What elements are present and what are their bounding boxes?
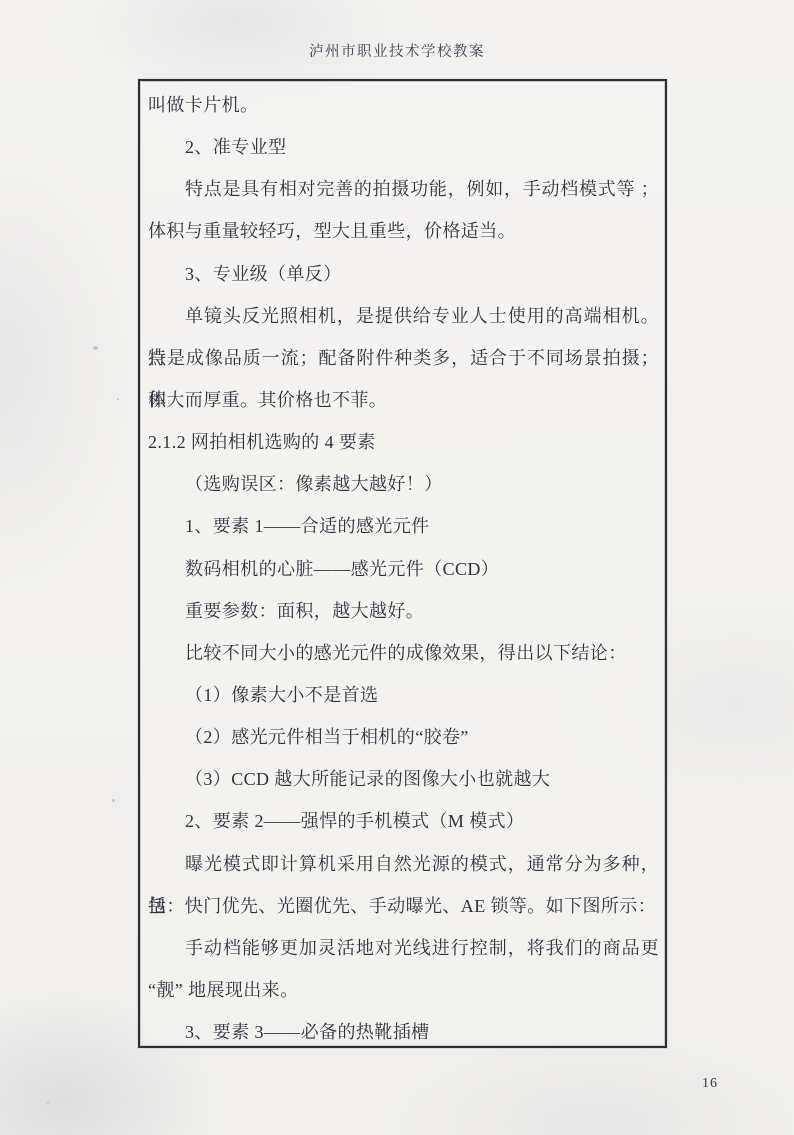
text-line: 手动档能够更加灵活地对光线进行控制，将我们的商品更 [148, 927, 659, 969]
scan-speck [112, 799, 115, 802]
text-line: 点是成像品质一流；配备附件种类多，适合于不同场景拍摄；体 [148, 337, 659, 379]
scan-speck [117, 398, 119, 400]
text-line: 叫做卡片机。 [148, 84, 659, 126]
text-line: （3）CCD 越大所能记录的图像大小也就越大 [148, 758, 659, 800]
page-number: 16 [702, 1076, 718, 1092]
text-line: 2、要素 2——强悍的手机模式（M 模式） [148, 800, 659, 842]
text-line: （2）感光元件相当于相机的“胶卷” [148, 716, 659, 758]
text-line: 2、准专业型 [148, 126, 659, 168]
scan-speck [93, 346, 98, 350]
text-line: 积大而厚重。其价格也不菲。 [148, 379, 659, 421]
text-line: “靓” 地展现出来。 [148, 969, 659, 1011]
text-line: 曝光模式即计算机采用自然光源的模式，通常分为多种，包 [148, 843, 659, 885]
text-line: 括：快门优先、光圈优先、手动曝光、AE 锁等。如下图所示： [148, 885, 659, 927]
text-line: 1、要素 1——合适的感光元件 [148, 505, 659, 547]
text-line: 单镜头反光照相机，是提供给专业人士使用的高端相机。特 [148, 295, 659, 337]
body-text: 叫做卡片机。2、准专业型特点是具有相对完善的拍摄功能，例如，手动档模式等 ；体积… [148, 84, 659, 1053]
text-line: 特点是具有相对完善的拍摄功能，例如，手动档模式等 ； [148, 168, 659, 210]
text-line: 2.1.2 网拍相机选购的 4 要素 [148, 421, 659, 463]
text-line: 比较不同大小的感光元件的成像效果，得出以下结论： [148, 632, 659, 674]
text-line: 体积与重量较轻巧，型大且重些，价格适当。 [148, 210, 659, 252]
text-line: 3、专业级（单反） [148, 253, 659, 295]
scan-speck [46, 1101, 50, 1104]
content-frame: 叫做卡片机。2、准专业型特点是具有相对完善的拍摄功能，例如，手动档模式等 ；体积… [138, 79, 667, 1048]
text-line: 数码相机的心脏——感光元件（CCD） [148, 548, 659, 590]
text-line: 重要参数：面积，越大越好。 [148, 590, 659, 632]
scanned-document-page: { "page": { "header": "泸州市职业技术学校教案", "pa… [0, 0, 794, 1135]
text-line: 3、要素 3——必备的热靴插槽 [148, 1011, 659, 1053]
page-header: 泸州市职业技术学校教案 [0, 40, 794, 61]
text-line: （选购误区：像素越大越好！） [148, 463, 659, 505]
text-line: （1）像素大小不是首选 [148, 674, 659, 716]
